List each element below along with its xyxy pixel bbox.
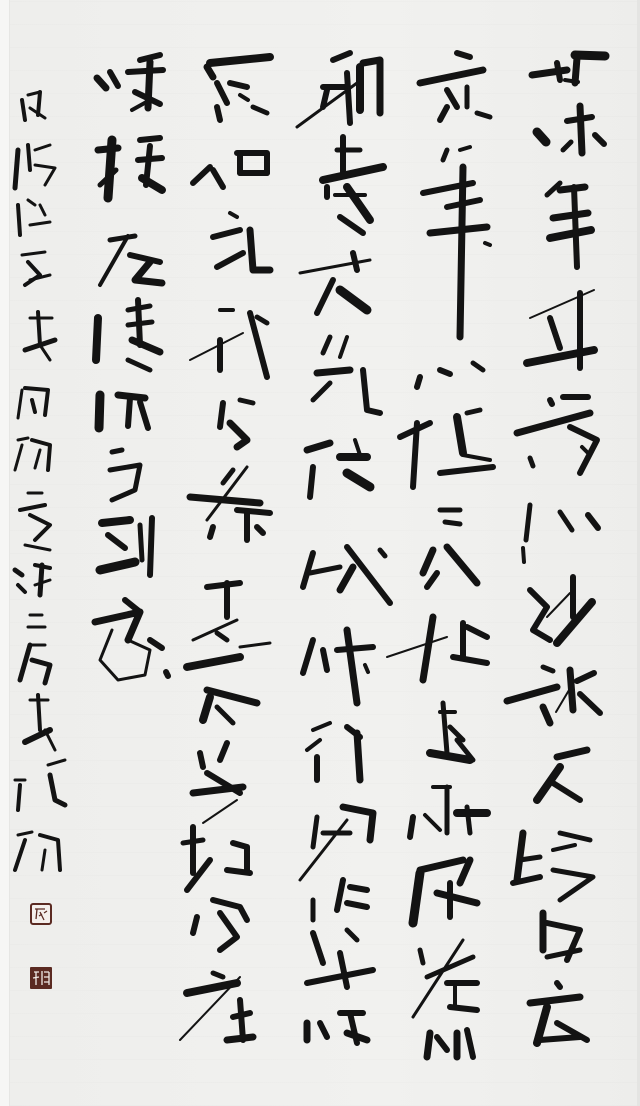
glyph-xi2 [190,310,267,377]
seal-stamp-red-text: 印 [30,903,52,925]
glyph-ji [100,236,162,285]
glyph-si [523,505,598,562]
glyph-cao [307,930,373,987]
glyph-jing [420,53,490,120]
glyph-xiang [413,940,477,1017]
glyph-ming2 [99,395,148,428]
seal-text: 印 [32,905,50,923]
glyph-shen [413,860,477,923]
calligraphy-column-2 [387,53,493,1057]
inscription-column [15,92,65,870]
glyph-qi2 [183,827,250,890]
glyph-dao [100,518,152,575]
glyph-ting [387,617,487,680]
glyph-ke2 [110,450,140,500]
glyph-tan [97,55,163,110]
glyph-bo [517,397,597,473]
glyph-ming [427,1030,473,1057]
glyph-lou [400,410,493,487]
seal-text: 印 [30,967,52,989]
glyph-ai [307,440,370,497]
glyph-lai [527,290,594,368]
glyph-xing [300,253,370,313]
glyph-mai [323,137,383,233]
glyph-shi [532,55,605,83]
glyph-xie [303,630,373,703]
glyph-sha [530,577,592,643]
glyph-jia [95,600,168,680]
glyph-zhao [297,53,380,127]
glyph-yi2 [203,690,257,723]
glyph-chen [180,973,253,1040]
glyph-ru [213,213,270,270]
calligraphy-column-3 [297,53,390,1043]
glyph-qing [307,1013,367,1043]
glyph-shui [507,667,600,723]
calligraphy-scroll: 世味年来薄似纱谁令骑马客 京华小楼一夜听春雨深巷明 朝卖杏花矮纸斜行闲作草晴 窗… [0,0,640,1106]
seal-stamp-white-text: 印 [30,967,52,989]
glyph-qi [513,833,593,900]
glyph-xiao [417,363,483,387]
glyph-chuang [207,57,270,120]
calligraphy-column-1 [507,55,605,1043]
glyph-xian [300,807,373,880]
glyph-hua [423,147,490,337]
glyph-cha [190,467,270,540]
glyph-ke [530,983,587,1043]
glyph-you [98,138,162,198]
glyph-yu [410,787,487,837]
glyph-hua2 [313,337,380,413]
glyph-qing2 [96,300,160,370]
glyph-nian [547,183,591,267]
ink-brushwork [0,0,640,1106]
calligraphy-column-5 [95,55,168,680]
glyph-chun [430,703,473,760]
glyph-xi [193,153,267,187]
glyph-zuo [313,880,367,920]
glyph-mo [193,743,243,823]
glyph-hang [307,723,360,780]
glyph-ling [537,750,587,800]
glyph-fen [220,400,253,447]
glyph-su [187,583,270,667]
glyph-zhi [303,547,390,603]
glyph-ye [423,522,477,587]
glyph-feng [193,900,247,950]
glyph-wei [537,106,604,153]
glyph-ma [543,913,580,960]
calligraphy-column-4 [180,57,270,1040]
